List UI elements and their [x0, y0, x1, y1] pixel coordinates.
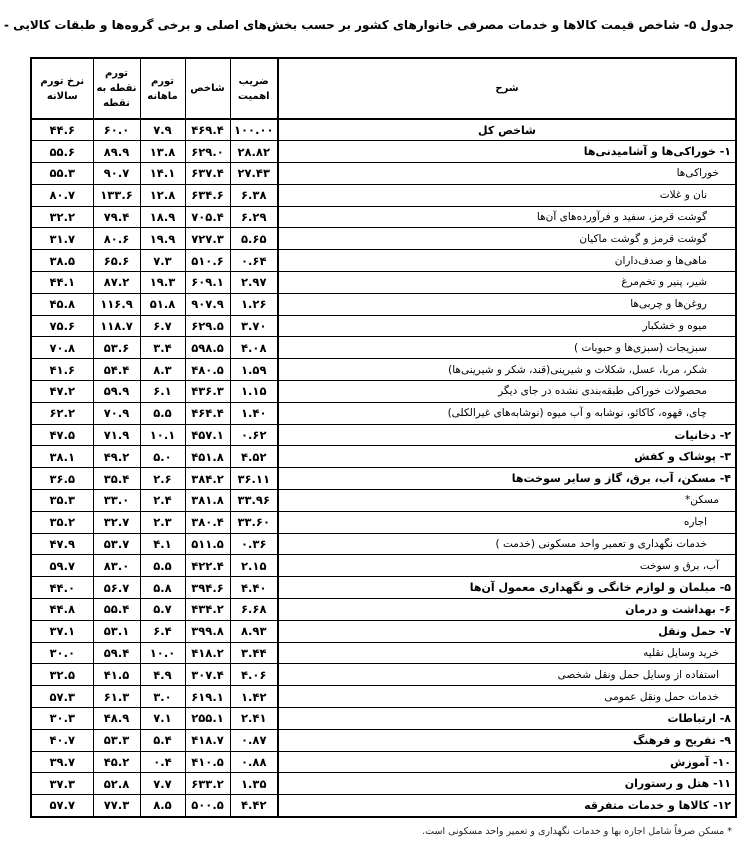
annual-inflation-cell: ۳۸.۱	[31, 446, 93, 468]
index-cell: ۴۵۱.۸	[185, 446, 230, 468]
monthly-inflation-cell: ۷.۹	[140, 119, 185, 141]
price-index-table-wrap: شرح ضریب اهمیت شاخص تورم ماهانه تورم نقط…	[30, 57, 737, 818]
annual-inflation-cell: ۴۴.۱	[31, 272, 93, 294]
monthly-inflation-cell: ۱۰.۱	[140, 424, 185, 446]
table-row: ۱۰- آموزش۰.۸۸۴۱۰.۵۰.۴۴۵.۲۳۹.۷	[31, 751, 736, 773]
table-row: ۱۲- کالاها و خدمات متفرقه۴.۴۲۵۰۰.۵۸.۵۷۷.…	[31, 795, 736, 817]
monthly-inflation-cell: ۵.۵	[140, 402, 185, 424]
point-to-point-cell: ۷۷.۳	[93, 795, 140, 817]
annual-inflation-cell: ۴۴.۸	[31, 599, 93, 621]
point-to-point-cell: ۴۸.۹	[93, 708, 140, 730]
weight-cell: ۶.۳۸	[230, 184, 278, 206]
point-to-point-cell: ۳۳.۰	[93, 490, 140, 512]
table-body: شاخص کل۱۰۰.۰۰۴۶۹.۴۷.۹۶۰.۰۴۴.۶۱- خوراکی‌ه…	[31, 119, 736, 817]
weight-cell: ۲۷.۴۳	[230, 163, 278, 185]
weight-cell: ۲.۱۵	[230, 555, 278, 577]
description-cell: مسکن*	[278, 490, 736, 512]
index-cell: ۳۹۹.۸	[185, 620, 230, 642]
annual-inflation-cell: ۳۱.۷	[31, 228, 93, 250]
price-index-table: شرح ضریب اهمیت شاخص تورم ماهانه تورم نقط…	[30, 57, 737, 818]
weight-cell: ۰.۸۸	[230, 751, 278, 773]
point-to-point-cell: ۸۷.۲	[93, 272, 140, 294]
weight-cell: ۱.۲۶	[230, 293, 278, 315]
table-row: ماهی‌ها و صدف‌داران۰.۶۴۵۱۰.۶۷.۳۶۵.۶۳۸.۵	[31, 250, 736, 272]
header-row: شرح ضریب اهمیت شاخص تورم ماهانه تورم نقط…	[31, 58, 736, 119]
monthly-inflation-cell: ۱۰.۰	[140, 642, 185, 664]
annual-inflation-cell: ۷۵.۶	[31, 315, 93, 337]
table-row: خدمات حمل ونقل عمومی۱.۴۲۶۱۹.۱۳.۰۶۱.۳۵۷.۳	[31, 686, 736, 708]
table-row: ۹- تفریح و فرهنگ۰.۸۷۴۱۸.۷۵.۴۵۳.۳۴۰.۷	[31, 729, 736, 751]
monthly-inflation-cell: ۶.۱	[140, 381, 185, 403]
point-to-point-cell: ۱۳۳.۶	[93, 184, 140, 206]
table-row: ۳- پوشاک و کفش۴.۵۲۴۵۱.۸۵.۰۴۹.۲۳۸.۱	[31, 446, 736, 468]
index-cell: ۴۳۶.۳	[185, 381, 230, 403]
description-cell: ۱۰- آموزش	[278, 751, 736, 773]
weight-cell: ۲۸.۸۲	[230, 141, 278, 163]
table-row: نان و غلات۶.۳۸۶۳۴.۶۱۲.۸۱۳۳.۶۸۰.۷	[31, 184, 736, 206]
monthly-inflation-cell: ۱۳.۸	[140, 141, 185, 163]
table-row: آب، برق و سوخت۲.۱۵۴۲۲.۴۵.۵۸۳.۰۵۹.۷	[31, 555, 736, 577]
description-cell: ۱۲- کالاها و خدمات متفرقه	[278, 795, 736, 817]
description-cell: ۷- حمل ونقل	[278, 620, 736, 642]
annual-inflation-cell: ۳۰.۰	[31, 642, 93, 664]
annual-inflation-cell: ۸۰.۷	[31, 184, 93, 206]
monthly-inflation-cell: ۲.۳	[140, 511, 185, 533]
annual-inflation-cell: ۴۷.۹	[31, 533, 93, 555]
monthly-inflation-cell: ۸.۵	[140, 795, 185, 817]
table-row: ۱۱- هتل و رستوران۱.۳۵۶۳۳.۲۷.۷۵۲.۸۳۷.۳	[31, 773, 736, 795]
index-cell: ۲۵۵.۱	[185, 708, 230, 730]
table-row: اجاره۳۳.۶۰۳۸۰.۴۲.۳۳۲.۷۳۵.۲	[31, 511, 736, 533]
index-cell: ۳۹۴.۶	[185, 577, 230, 599]
weight-cell: ۴.۰۸	[230, 337, 278, 359]
point-to-point-cell: ۵۳.۶	[93, 337, 140, 359]
annual-inflation-cell: ۴۷.۵	[31, 424, 93, 446]
title-bar: جدول ۵- شاخص قیمت کالاها و خدمات مصرفی خ…	[38, 18, 734, 32]
table-row: ۶- بهداشت و درمان۶.۶۸۴۳۴.۲۵.۷۵۵.۴۴۴.۸	[31, 599, 736, 621]
table-row: شکر، مربا، عسل، شکلات و شیرینی(قند، شکر …	[31, 359, 736, 381]
point-to-point-cell: ۶۵.۶	[93, 250, 140, 272]
weight-cell: ۱.۵۹	[230, 359, 278, 381]
weight-cell: ۳۳.۹۶	[230, 490, 278, 512]
annual-inflation-cell: ۳۷.۱	[31, 620, 93, 642]
header-index: شاخص	[185, 58, 230, 119]
annual-inflation-cell: ۳۵.۳	[31, 490, 93, 512]
point-to-point-cell: ۶۱.۳	[93, 686, 140, 708]
weight-cell: ۱۰۰.۰۰	[230, 119, 278, 141]
header-monthly-inflation: تورم ماهانه	[140, 58, 185, 119]
description-cell: گوشت قرمز و گوشت ماکیان	[278, 228, 736, 250]
description-cell: ۱۱- هتل و رستوران	[278, 773, 736, 795]
annual-inflation-cell: ۳۶.۵	[31, 468, 93, 490]
table-row: چای، قهوه، کاکائو، نوشابه و آب میوه (نوش…	[31, 402, 736, 424]
point-to-point-cell: ۵۴.۴	[93, 359, 140, 381]
index-cell: ۹۰۷.۹	[185, 293, 230, 315]
index-cell: ۴۶۴.۴	[185, 402, 230, 424]
description-cell: خوراکی‌ها	[278, 163, 736, 185]
annual-inflation-cell: ۵۷.۳	[31, 686, 93, 708]
weight-cell: ۵.۶۵	[230, 228, 278, 250]
index-cell: ۴۶۹.۴	[185, 119, 230, 141]
index-cell: ۵۰۰.۵	[185, 795, 230, 817]
monthly-inflation-cell: ۵۱.۸	[140, 293, 185, 315]
index-cell: ۴۱۰.۵	[185, 751, 230, 773]
index-cell: ۶۳۳.۲	[185, 773, 230, 795]
weight-cell: ۸.۹۳	[230, 620, 278, 642]
description-cell: شیر، پنیر و تخم‌مرغ	[278, 272, 736, 294]
weight-cell: ۰.۸۷	[230, 729, 278, 751]
weight-cell: ۰.۶۴	[230, 250, 278, 272]
description-cell: ۴- مسکن، آب، برق، گاز و سایر سوخت‌ها	[278, 468, 736, 490]
table-row: گوشت قرمز و گوشت ماکیان۵.۶۵۷۲۷.۳۱۹.۹۸۰.۶…	[31, 228, 736, 250]
annual-inflation-cell: ۳۲.۵	[31, 664, 93, 686]
table-row: مسکن*۳۳.۹۶۳۸۱.۸۲.۴۳۳.۰۳۵.۳	[31, 490, 736, 512]
description-cell: میوه و خشکبار	[278, 315, 736, 337]
description-cell: ۲- دخانیات	[278, 424, 736, 446]
monthly-inflation-cell: ۱۹.۹	[140, 228, 185, 250]
table-header: شرح ضریب اهمیت شاخص تورم ماهانه تورم نقط…	[31, 58, 736, 119]
annual-inflation-cell: ۵۵.۳	[31, 163, 93, 185]
table-row: ۸- ارتباطات۲.۴۱۲۵۵.۱۷.۱۴۸.۹۳۰.۳	[31, 708, 736, 730]
housing-footnote: * مسکن صرفاً شامل اجاره بها و خدمات نگهد…	[422, 826, 732, 837]
point-to-point-cell: ۱۱۸.۷	[93, 315, 140, 337]
point-to-point-cell: ۱۱۶.۹	[93, 293, 140, 315]
weight-cell: ۴.۴۲	[230, 795, 278, 817]
table-row: سبزیجات (سبزی‌ها و حبوبات )۴.۰۸۵۹۸.۵۳.۴۵…	[31, 337, 736, 359]
index-cell: ۵۱۱.۵	[185, 533, 230, 555]
table-row: ۷- حمل ونقل۸.۹۳۳۹۹.۸۶.۴۵۳.۱۳۷.۱	[31, 620, 736, 642]
index-cell: ۶۱۹.۱	[185, 686, 230, 708]
annual-inflation-cell: ۵۹.۷	[31, 555, 93, 577]
monthly-inflation-cell: ۶.۷	[140, 315, 185, 337]
point-to-point-cell: ۵۹.۹	[93, 381, 140, 403]
description-cell: ۳- پوشاک و کفش	[278, 446, 736, 468]
weight-cell: ۲.۴۱	[230, 708, 278, 730]
monthly-inflation-cell: ۶.۴	[140, 620, 185, 642]
monthly-inflation-cell: ۳.۰	[140, 686, 185, 708]
annual-inflation-cell: ۵۷.۷	[31, 795, 93, 817]
point-to-point-cell: ۵۳.۱	[93, 620, 140, 642]
monthly-inflation-cell: ۰.۴	[140, 751, 185, 773]
annual-inflation-cell: ۳۰.۳	[31, 708, 93, 730]
header-weight: ضریب اهمیت	[230, 58, 278, 119]
description-cell: خرید وسایل نقلیه	[278, 642, 736, 664]
header-description: شرح	[278, 58, 736, 119]
table-row: خرید وسایل نقلیه۳.۴۴۴۱۸.۲۱۰.۰۵۹.۴۳۰.۰	[31, 642, 736, 664]
index-cell: ۵۹۸.۵	[185, 337, 230, 359]
annual-inflation-cell: ۳۹.۷	[31, 751, 93, 773]
annual-inflation-cell: ۳۲.۲	[31, 206, 93, 228]
monthly-inflation-cell: ۴.۱	[140, 533, 185, 555]
annual-inflation-cell: ۴۰.۷	[31, 729, 93, 751]
point-to-point-cell: ۷۰.۹	[93, 402, 140, 424]
point-to-point-cell: ۵۳.۷	[93, 533, 140, 555]
point-to-point-cell: ۷۱.۹	[93, 424, 140, 446]
index-cell: ۴۵۷.۱	[185, 424, 230, 446]
weight-cell: ۳.۷۰	[230, 315, 278, 337]
point-to-point-cell: ۵۹.۴	[93, 642, 140, 664]
description-cell: ۸- ارتباطات	[278, 708, 736, 730]
weight-cell: ۴.۴۰	[230, 577, 278, 599]
monthly-inflation-cell: ۸.۳	[140, 359, 185, 381]
monthly-inflation-cell: ۵.۵	[140, 555, 185, 577]
index-cell: ۶۳۴.۶	[185, 184, 230, 206]
description-cell: استفاده از وسایل حمل ونقل شخصی	[278, 664, 736, 686]
monthly-inflation-cell: ۵.۸	[140, 577, 185, 599]
index-cell: ۶۰۹.۱	[185, 272, 230, 294]
index-cell: ۶۲۹.۰	[185, 141, 230, 163]
monthly-inflation-cell: ۷.۱	[140, 708, 185, 730]
description-cell: سبزیجات (سبزی‌ها و حبوبات )	[278, 337, 736, 359]
description-cell: نان و غلات	[278, 184, 736, 206]
table-row: خوراکی‌ها۲۷.۴۳۶۳۷.۴۱۴.۱۹۰.۷۵۵.۳	[31, 163, 736, 185]
annual-inflation-cell: ۳۵.۲	[31, 511, 93, 533]
monthly-inflation-cell: ۷.۳	[140, 250, 185, 272]
annual-inflation-cell: ۴۱.۶	[31, 359, 93, 381]
point-to-point-cell: ۹۰.۷	[93, 163, 140, 185]
weight-cell: ۶.۲۹	[230, 206, 278, 228]
description-cell: ۱- خوراکی‌ها و آشامیدنی‌ها	[278, 141, 736, 163]
point-to-point-cell: ۳۲.۷	[93, 511, 140, 533]
monthly-inflation-cell: ۷.۷	[140, 773, 185, 795]
weight-cell: ۴.۵۲	[230, 446, 278, 468]
annual-inflation-cell: ۴۵.۸	[31, 293, 93, 315]
index-cell: ۴۱۸.۷	[185, 729, 230, 751]
annual-inflation-cell: ۴۴.۰	[31, 577, 93, 599]
index-cell: ۴۸۰.۵	[185, 359, 230, 381]
header-annual-inflation: نرخ تورم سالانه	[31, 58, 93, 119]
header-point-to-point: تورم نقطه به نقطه	[93, 58, 140, 119]
point-to-point-cell: ۵۶.۷	[93, 577, 140, 599]
weight-cell: ۳۳.۶۰	[230, 511, 278, 533]
weight-cell: ۱.۴۲	[230, 686, 278, 708]
annual-inflation-cell: ۶۲.۲	[31, 402, 93, 424]
monthly-inflation-cell: ۵.۴	[140, 729, 185, 751]
monthly-inflation-cell: ۵.۷	[140, 599, 185, 621]
weight-cell: ۶.۶۸	[230, 599, 278, 621]
table-row: گوشت قرمز، سفید و فرآورده‌های آن‌ها۶.۲۹۷…	[31, 206, 736, 228]
description-cell: چای، قهوه، کاکائو، نوشابه و آب میوه (نوش…	[278, 402, 736, 424]
index-cell: ۶۳۷.۴	[185, 163, 230, 185]
monthly-inflation-cell: ۴.۹	[140, 664, 185, 686]
page-title: جدول ۵- شاخص قیمت کالاها و خدمات مصرفی خ…	[0, 18, 734, 32]
index-cell: ۴۱۸.۲	[185, 642, 230, 664]
description-cell: آب، برق و سوخت	[278, 555, 736, 577]
index-cell: ۴۲۲.۴	[185, 555, 230, 577]
index-cell: ۷۲۷.۳	[185, 228, 230, 250]
table-row: ۵- مبلمان و لوازم خانگی و نگهداری معمول …	[31, 577, 736, 599]
point-to-point-cell: ۸۹.۹	[93, 141, 140, 163]
description-cell: روغن‌ها و چربی‌ها	[278, 293, 736, 315]
table-row: شاخص کل۱۰۰.۰۰۴۶۹.۴۷.۹۶۰.۰۴۴.۶	[31, 119, 736, 141]
monthly-inflation-cell: ۳.۴	[140, 337, 185, 359]
point-to-point-cell: ۵۲.۸	[93, 773, 140, 795]
weight-cell: ۱.۱۵	[230, 381, 278, 403]
annual-inflation-cell: ۳۷.۳	[31, 773, 93, 795]
description-cell: خدمات نگهداری و تعمیر واحد مسکونی (خدمت …	[278, 533, 736, 555]
monthly-inflation-cell: ۵.۰	[140, 446, 185, 468]
table-row: ۴- مسکن، آب، برق، گاز و سایر سوخت‌ها۳۶.۱…	[31, 468, 736, 490]
table-row: میوه و خشکبار۳.۷۰۶۲۹.۵۶.۷۱۱۸.۷۷۵.۶	[31, 315, 736, 337]
monthly-inflation-cell: ۲.۴	[140, 490, 185, 512]
weight-cell: ۳.۴۴	[230, 642, 278, 664]
point-to-point-cell: ۸۰.۶	[93, 228, 140, 250]
description-cell: شکر، مربا، عسل، شکلات و شیرینی(قند، شکر …	[278, 359, 736, 381]
point-to-point-cell: ۴۹.۲	[93, 446, 140, 468]
annual-inflation-cell: ۴۷.۲	[31, 381, 93, 403]
annual-inflation-cell: ۴۴.۶	[31, 119, 93, 141]
description-cell: گوشت قرمز، سفید و فرآورده‌های آن‌ها	[278, 206, 736, 228]
table-row: شیر، پنیر و تخم‌مرغ۲.۹۷۶۰۹.۱۱۹.۳۸۷.۲۴۴.۱	[31, 272, 736, 294]
weight-cell: ۴.۰۶	[230, 664, 278, 686]
table-row: ۱- خوراکی‌ها و آشامیدنی‌ها۲۸.۸۲۶۲۹.۰۱۳.۸…	[31, 141, 736, 163]
monthly-inflation-cell: ۱۴.۱	[140, 163, 185, 185]
point-to-point-cell: ۵۳.۳	[93, 729, 140, 751]
table-row: روغن‌ها و چربی‌ها۱.۲۶۹۰۷.۹۵۱.۸۱۱۶.۹۴۵.۸	[31, 293, 736, 315]
index-cell: ۳۸۱.۸	[185, 490, 230, 512]
annual-inflation-cell: ۵۵.۶	[31, 141, 93, 163]
index-cell: ۷۰۵.۴	[185, 206, 230, 228]
table-row: ۲- دخانیات۰.۶۲۴۵۷.۱۱۰.۱۷۱.۹۴۷.۵	[31, 424, 736, 446]
monthly-inflation-cell: ۱۲.۸	[140, 184, 185, 206]
point-to-point-cell: ۳۵.۴	[93, 468, 140, 490]
point-to-point-cell: ۴۱.۵	[93, 664, 140, 686]
description-cell: اجاره	[278, 511, 736, 533]
point-to-point-cell: ۶۰.۰	[93, 119, 140, 141]
weight-cell: ۱.۴۰	[230, 402, 278, 424]
monthly-inflation-cell: ۲.۶	[140, 468, 185, 490]
description-cell: محصولات خوراکی طبقه‌بندی نشده در جای دیگ…	[278, 381, 736, 403]
point-to-point-cell: ۸۳.۰	[93, 555, 140, 577]
monthly-inflation-cell: ۱۸.۹	[140, 206, 185, 228]
index-cell: ۶۲۹.۵	[185, 315, 230, 337]
description-cell: ماهی‌ها و صدف‌داران	[278, 250, 736, 272]
weight-cell: ۰.۳۶	[230, 533, 278, 555]
description-cell: ۵- مبلمان و لوازم خانگی و نگهداری معمول …	[278, 577, 736, 599]
weight-cell: ۳۶.۱۱	[230, 468, 278, 490]
monthly-inflation-cell: ۱۹.۳	[140, 272, 185, 294]
point-to-point-cell: ۴۵.۲	[93, 751, 140, 773]
table-row: استفاده از وسایل حمل ونقل شخصی۴.۰۶۳۰۷.۴۴…	[31, 664, 736, 686]
description-cell: ۶- بهداشت و درمان	[278, 599, 736, 621]
annual-inflation-cell: ۷۰.۸	[31, 337, 93, 359]
annual-inflation-cell: ۳۸.۵	[31, 250, 93, 272]
index-cell: ۵۱۰.۶	[185, 250, 230, 272]
index-cell: ۴۳۴.۲	[185, 599, 230, 621]
description-cell: خدمات حمل ونقل عمومی	[278, 686, 736, 708]
description-cell: شاخص کل	[278, 119, 736, 141]
description-cell: ۹- تفریح و فرهنگ	[278, 729, 736, 751]
index-cell: ۳۸۰.۴	[185, 511, 230, 533]
weight-cell: ۲.۹۷	[230, 272, 278, 294]
point-to-point-cell: ۵۵.۴	[93, 599, 140, 621]
index-cell: ۳۸۴.۲	[185, 468, 230, 490]
index-cell: ۳۰۷.۴	[185, 664, 230, 686]
weight-cell: ۱.۳۵	[230, 773, 278, 795]
table-row: خدمات نگهداری و تعمیر واحد مسکونی (خدمت …	[31, 533, 736, 555]
table-row: محصولات خوراکی طبقه‌بندی نشده در جای دیگ…	[31, 381, 736, 403]
weight-cell: ۰.۶۲	[230, 424, 278, 446]
point-to-point-cell: ۷۹.۴	[93, 206, 140, 228]
